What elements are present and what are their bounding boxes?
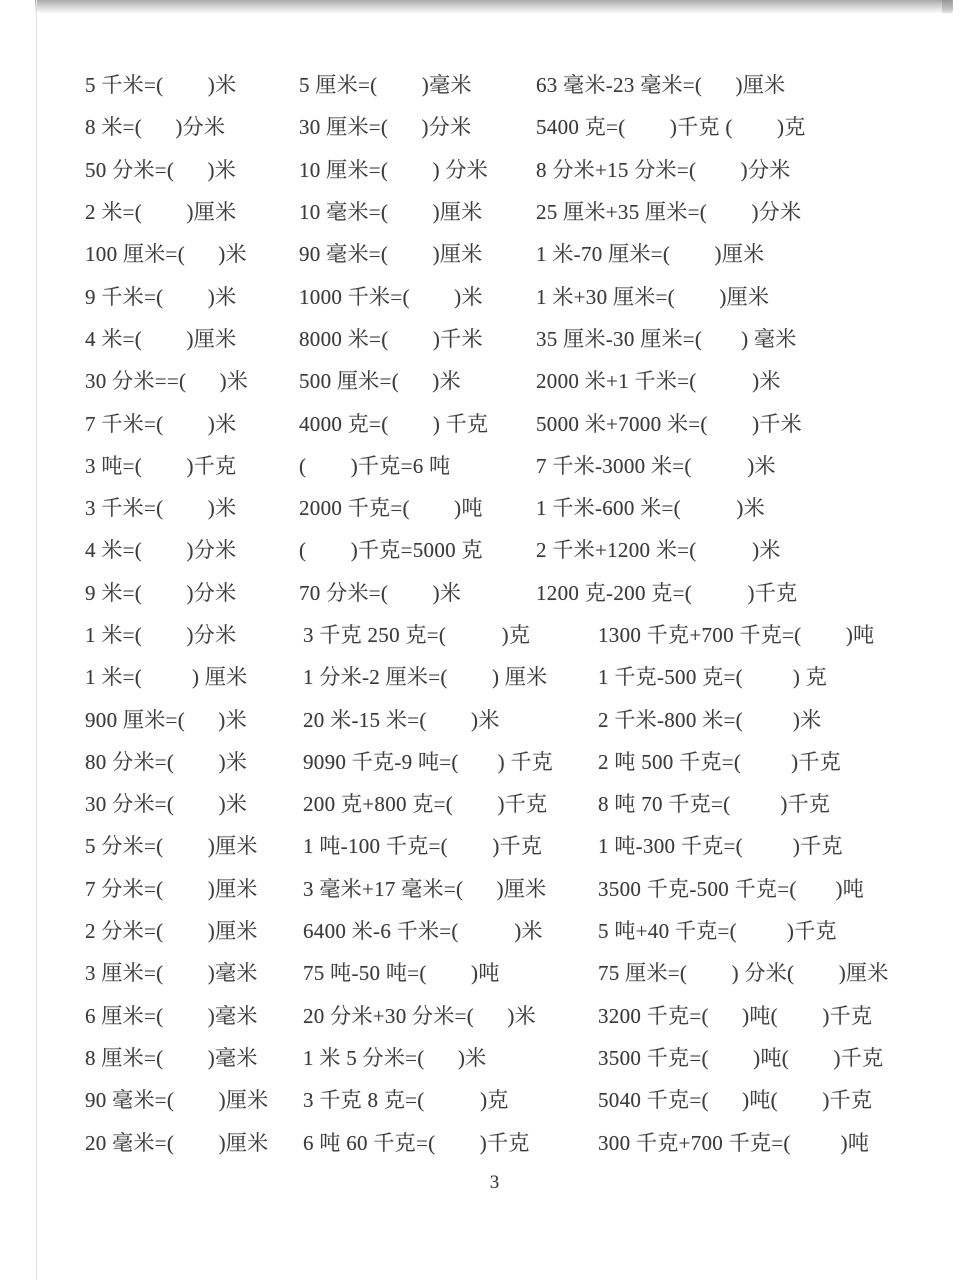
exercise-row: 1 米=( )分米3 千克 250 克=( )克1300 千克+700 千克=(… bbox=[0, 613, 960, 655]
exercise-row: 7 千米=( )米4000 克=( ) 千克5000 米+7000 米=( )千… bbox=[0, 401, 960, 443]
exercise-row: 4 米=( )分米( )千克=5000 克2 千米+1200 米=( )米 bbox=[0, 528, 960, 570]
exercise-item: 8 吨 70 千克=( )千克 bbox=[598, 788, 830, 818]
exercise-item: 5000 米+7000 米=( )千米 bbox=[536, 408, 802, 438]
exercise-row: 4 米=( )厘米8000 米=( )千米35 厘米-30 厘米=( ) 毫米 bbox=[0, 317, 960, 359]
worksheet-page: 5 千米=( )米5 厘米=( )毫米63 毫米-23 毫米=( )厘米8 米=… bbox=[0, 0, 960, 1280]
exercise-row: 6 厘米=( )毫米20 分米+30 分米=( )米3200 千克=( )吨( … bbox=[0, 994, 960, 1036]
exercise-item: 8 米=( )分米 bbox=[85, 111, 225, 141]
exercise-item: 1 千克-500 克=( ) 克 bbox=[598, 661, 827, 691]
exercise-item: 5 吨+40 千克=( )千克 bbox=[598, 915, 837, 945]
exercise-item: 75 厘米=( ) 分米( )厘米 bbox=[598, 957, 889, 987]
exercise-item: 4000 克=( ) 千克 bbox=[299, 408, 488, 438]
exercise-item: 3 毫米+17 毫米=( )厘米 bbox=[303, 873, 546, 903]
exercise-item: 30 厘米=( )分米 bbox=[299, 111, 471, 141]
exercise-row: 1 米=( ) 厘米1 分米-2 厘米=( ) 厘米1 千克-500 克=( )… bbox=[0, 655, 960, 697]
exercise-item: 1000 千米=( )米 bbox=[299, 281, 483, 311]
exercise-item: 100 厘米=( )米 bbox=[85, 238, 247, 268]
exercise-row: 3 厘米=( )毫米75 吨-50 吨=( )吨75 厘米=( ) 分米( )厘… bbox=[0, 951, 960, 993]
exercise-item: 2 吨 500 千克=( )千克 bbox=[598, 746, 841, 776]
exercise-item: 4 米=( )分米 bbox=[85, 534, 236, 564]
exercise-row: 100 厘米=( )米90 毫米=( )厘米1 米-70 厘米=( )厘米 bbox=[0, 232, 960, 274]
exercise-item: 1 米-70 厘米=( )厘米 bbox=[536, 238, 764, 268]
exercise-row: 8 厘米=( )毫米1 米 5 分米=( )米3500 千克=( )吨( )千克 bbox=[0, 1036, 960, 1078]
exercise-item: 6 厘米=( )毫米 bbox=[85, 1000, 258, 1030]
exercise-row: 20 毫米=( )厘米6 吨 60 千克=( )千克300 千克+700 千克=… bbox=[0, 1120, 960, 1162]
exercise-item: 20 毫米=( )厘米 bbox=[85, 1127, 268, 1157]
exercise-item: 3 厘米=( )毫米 bbox=[85, 957, 258, 987]
exercise-row: 3 吨=( )千克( )千克=6 吨7 千米-3000 米=( )米 bbox=[0, 444, 960, 486]
exercise-item: 1 吨-300 千克=( )千克 bbox=[598, 830, 843, 860]
exercise-item: 25 厘米+35 厘米=( )分米 bbox=[536, 196, 801, 226]
exercise-row: 30 分米==( )米500 厘米=( )米2000 米+1 千米=( )米 bbox=[0, 359, 960, 401]
exercise-item: 2 千米+1200 米=( )米 bbox=[536, 534, 781, 564]
exercise-item: 1 米=( )分米 bbox=[85, 619, 236, 649]
exercise-item: 1 分米-2 厘米=( ) 厘米 bbox=[303, 661, 547, 691]
exercise-row: 30 分米=( )米200 克+800 克=( )千克8 吨 70 千克=( )… bbox=[0, 782, 960, 824]
exercise-list: 5 千米=( )米5 厘米=( )毫米63 毫米-23 毫米=( )厘米8 米=… bbox=[0, 63, 960, 1163]
exercise-item: 3 吨=( )千克 bbox=[85, 450, 236, 480]
exercise-item: 500 厘米=( )米 bbox=[299, 365, 461, 395]
exercise-row: 7 分米=( )厘米3 毫米+17 毫米=( )厘米3500 千克-500 千克… bbox=[0, 867, 960, 909]
exercise-item: 90 毫米=( )厘米 bbox=[85, 1084, 268, 1114]
exercise-item: 90 毫米=( )厘米 bbox=[299, 238, 482, 268]
exercise-item: 9 千米=( )米 bbox=[85, 281, 236, 311]
exercise-row: 90 毫米=( )厘米3 千克 8 克=( )克5040 千克=( )吨( )千… bbox=[0, 1078, 960, 1120]
exercise-item: 2 分米=( )厘米 bbox=[85, 915, 258, 945]
exercise-item: 8000 米=( )千米 bbox=[299, 323, 483, 353]
exercise-item: 75 吨-50 吨=( )吨 bbox=[303, 957, 500, 987]
exercise-row: 2 分米=( )厘米6400 米-6 千米=( )米5 吨+40 千克=( )千… bbox=[0, 909, 960, 951]
scanned-page-top-shadow bbox=[35, 0, 953, 13]
exercise-item: 35 厘米-30 厘米=( ) 毫米 bbox=[536, 323, 797, 353]
exercise-item: 70 分米=( )米 bbox=[299, 577, 461, 607]
exercise-item: 900 厘米=( )米 bbox=[85, 704, 247, 734]
exercise-item: 1 千米-600 米=( )米 bbox=[536, 492, 765, 522]
exercise-item: 3500 千克-500 千克=( )吨 bbox=[598, 873, 864, 903]
exercise-row: 9 米=( )分米70 分米=( )米1200 克-200 克=( )千克 bbox=[0, 571, 960, 613]
exercise-item: 1200 克-200 克=( )千克 bbox=[536, 577, 797, 607]
exercise-item: 1 米+30 厘米=( )厘米 bbox=[536, 281, 769, 311]
exercise-item: 9 米=( )分米 bbox=[85, 577, 236, 607]
exercise-item: 4 米=( )厘米 bbox=[85, 323, 236, 353]
exercise-item: 2 千米-800 米=( )米 bbox=[598, 704, 821, 734]
exercise-item: 3200 千克=( )吨( )千克 bbox=[598, 1000, 872, 1030]
exercise-item: 5040 千克=( )吨( )千克 bbox=[598, 1084, 872, 1114]
exercise-item: 5 厘米=( )毫米 bbox=[299, 69, 472, 99]
exercise-row: 80 分米=( )米9090 千克-9 吨=( ) 千克2 吨 500 千克=(… bbox=[0, 740, 960, 782]
exercise-item: 200 克+800 克=( )千克 bbox=[303, 788, 547, 818]
exercise-item: 3 千米=( )米 bbox=[85, 492, 236, 522]
exercise-item: 1300 千克+700 千克=( )吨 bbox=[598, 619, 874, 649]
exercise-item: 7 千米=( )米 bbox=[85, 408, 236, 438]
exercise-item: 30 分米=( )米 bbox=[85, 788, 247, 818]
exercise-row: 2 米=( )厘米10 毫米=( )厘米25 厘米+35 厘米=( )分米 bbox=[0, 190, 960, 232]
exercise-item: 300 千克+700 千克=( )吨 bbox=[598, 1127, 869, 1157]
exercise-item: 6400 米-6 千米=( )米 bbox=[303, 915, 543, 945]
exercise-item: 5 千米=( )米 bbox=[85, 69, 236, 99]
exercise-item: 3 千克 8 克=( )克 bbox=[303, 1084, 509, 1114]
exercise-row: 5 分米=( )厘米1 吨-100 千克=( )千克1 吨-300 千克=( )… bbox=[0, 824, 960, 866]
exercise-item: 20 米-15 米=( )米 bbox=[303, 704, 500, 734]
exercise-item: 50 分米=( )米 bbox=[85, 154, 236, 184]
exercise-item: 63 毫米-23 毫米=( )厘米 bbox=[536, 69, 785, 99]
exercise-item: ( )千克=6 吨 bbox=[299, 450, 450, 480]
exercise-item: 7 千米-3000 米=( )米 bbox=[536, 450, 776, 480]
exercise-row: 9 千米=( )米1000 千米=( )米1 米+30 厘米=( )厘米 bbox=[0, 274, 960, 316]
exercise-item: 2000 千克=( )吨 bbox=[299, 492, 483, 522]
page-number: 3 bbox=[36, 1172, 953, 1194]
exercise-item: 5 分米=( )厘米 bbox=[85, 830, 258, 860]
exercise-item: ( )千克=5000 克 bbox=[299, 534, 483, 564]
exercise-row: 900 厘米=( )米20 米-15 米=( )米2 千米-800 米=( )米 bbox=[0, 697, 960, 739]
exercise-item: 10 厘米=( ) 分米 bbox=[299, 154, 488, 184]
exercise-item: 9090 千克-9 吨=( ) 千克 bbox=[303, 746, 553, 776]
exercise-row: 50 分米=( )米10 厘米=( ) 分米8 分米+15 分米=( )分米 bbox=[0, 148, 960, 190]
exercise-row: 5 千米=( )米5 厘米=( )毫米63 毫米-23 毫米=( )厘米 bbox=[0, 63, 960, 105]
exercise-item: 1 吨-100 千克=( )千克 bbox=[303, 830, 542, 860]
exercise-item: 20 分米+30 分米=( )米 bbox=[303, 1000, 536, 1030]
exercise-item: 8 分米+15 分米=( )分米 bbox=[536, 154, 791, 184]
exercise-item: 6 吨 60 千克=( )千克 bbox=[303, 1127, 530, 1157]
exercise-item: 10 毫米=( )厘米 bbox=[299, 196, 482, 226]
exercise-item: 1 米 5 分米=( )米 bbox=[303, 1042, 486, 1072]
exercise-item: 1 米=( ) 厘米 bbox=[85, 661, 247, 691]
exercise-item: 2 米=( )厘米 bbox=[85, 196, 236, 226]
exercise-row: 8 米=( )分米30 厘米=( )分米5400 克=( )千克 ( )克 bbox=[0, 105, 960, 147]
exercise-item: 5400 克=( )千克 ( )克 bbox=[536, 111, 806, 141]
exercise-item: 7 分米=( )厘米 bbox=[85, 873, 258, 903]
exercise-item: 3500 千克=( )吨( )千克 bbox=[598, 1042, 883, 1072]
exercise-item: 2000 米+1 千米=( )米 bbox=[536, 365, 781, 395]
exercise-row: 3 千米=( )米2000 千克=( )吨1 千米-600 米=( )米 bbox=[0, 486, 960, 528]
exercise-item: 30 分米==( )米 bbox=[85, 365, 248, 395]
top-shadow-right-cap bbox=[942, 0, 953, 13]
exercise-item: 8 厘米=( )毫米 bbox=[85, 1042, 258, 1072]
exercise-item: 80 分米=( )米 bbox=[85, 746, 247, 776]
exercise-item: 3 千克 250 克=( )克 bbox=[303, 619, 530, 649]
